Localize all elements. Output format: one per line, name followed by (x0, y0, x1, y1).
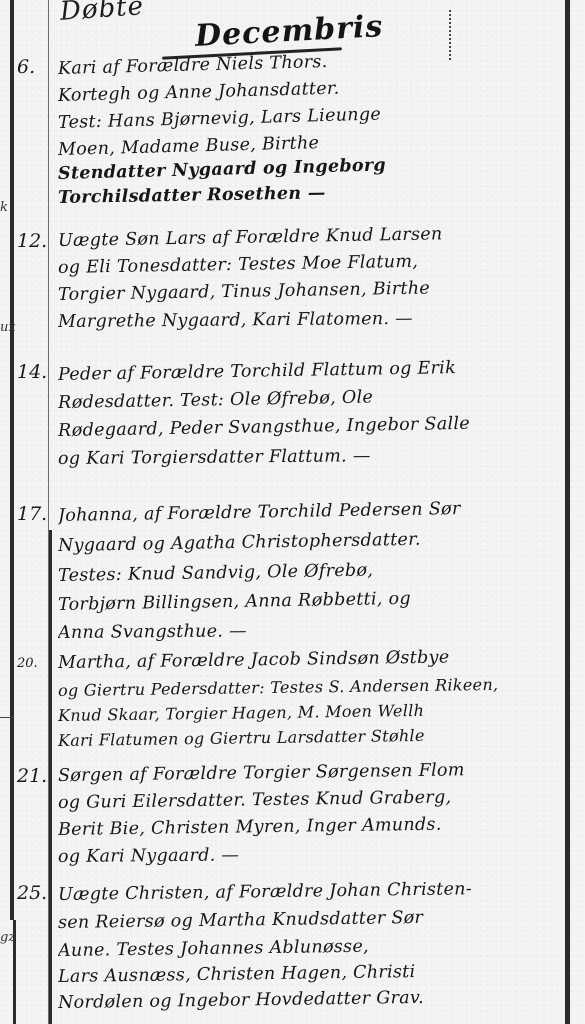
margin-note: k (0, 200, 8, 215)
entry-line: og Kari Torgiersdatter Flattum. — (58, 444, 563, 470)
month-heading: Decembris (194, 9, 384, 54)
entry-date: 17. (17, 503, 47, 525)
entry-line: Torbjørn Billingsen, Anna Røbbetti, og (58, 585, 563, 616)
right-margin-rule (565, 0, 570, 1024)
entry-line: Uægte Søn Lars af Forældre Knud Larsen (58, 221, 563, 252)
entry-date: 20. (17, 656, 38, 671)
entry-date: 12. (17, 230, 47, 252)
entry-line: Rødesdatter. Test: Ole Øfrebø, Ole (58, 383, 563, 414)
entry-line: Aune. Testes Johannes Ablunøsse, (58, 933, 563, 962)
entry-line: sen Reiersø og Martha Knudsdatter Sør (58, 905, 563, 934)
entry-line: og Guri Eilersdatter. Testes Knud Graber… (58, 785, 563, 814)
date-column-rule-thick (49, 530, 52, 1024)
entry-line: Kari Flatumen og Giertru Larsdatter Støh… (58, 723, 563, 752)
entry-line: Johanna, af Forældre Torchild Pedersen S… (58, 496, 563, 527)
page-header-fragment: Døbte (59, 0, 145, 27)
entry-line: Knud Skaar, Torgier Hagen, M. Moen Wellh (58, 698, 563, 727)
entry-line: Torgier Nygaard, Tinus Johansen, Birthe (58, 275, 563, 306)
entry-line: Anna Svangsthue. — (58, 618, 563, 644)
entry-line: Berit Bie, Christen Myren, Inger Amunds. (58, 812, 563, 841)
entry-line: og Eli Tonesdatter: Testes Moe Flatum, (58, 248, 563, 279)
entry-date: 6. (17, 56, 35, 78)
entry-date: 25. (17, 882, 47, 904)
entry-line: Rødegaard, Peder Svangsthue, Ingebor Sal… (58, 411, 563, 442)
entry-line: Sørgen af Forældre Torgier Sørgensen Flo… (58, 758, 563, 787)
entry-date: 14. (17, 361, 47, 383)
entry-line: Martha, af Forældre Jacob Sindsøn Østbye (58, 645, 563, 674)
margin-note: gz (0, 930, 15, 945)
entry-line: Peder af Forældre Torchild Flattum og Er… (58, 355, 563, 386)
entry-line: Nordølen og Ingebor Hovdedatter Grav. (58, 985, 563, 1014)
entry-line: Lars Ausnæss, Christen Hagen, Christi (58, 959, 563, 988)
entry-line: Margrethe Nygaard, Kari Flatomen. — (58, 307, 563, 333)
entry-line: Testes: Knud Sandvig, Ole Øfrebø, (58, 556, 563, 587)
margin-note: ux (0, 320, 16, 335)
entry-line: Uægte Christen, af Forældre Johan Christ… (58, 877, 563, 906)
entry-date: 21. (17, 765, 47, 787)
margin-box-line (0, 717, 14, 718)
entry-line: Nygaard og Agatha Christophersdatter. (58, 526, 563, 557)
register-page: Døbte Decembris k ux gz 6. Kari af Foræl… (0, 0, 585, 1024)
entry-line: og Kari Nygaard. — (58, 842, 563, 868)
left-margin-rule (10, 0, 14, 920)
entry-line: og Giertru Pedersdatter: Testes S. Ander… (58, 673, 563, 702)
